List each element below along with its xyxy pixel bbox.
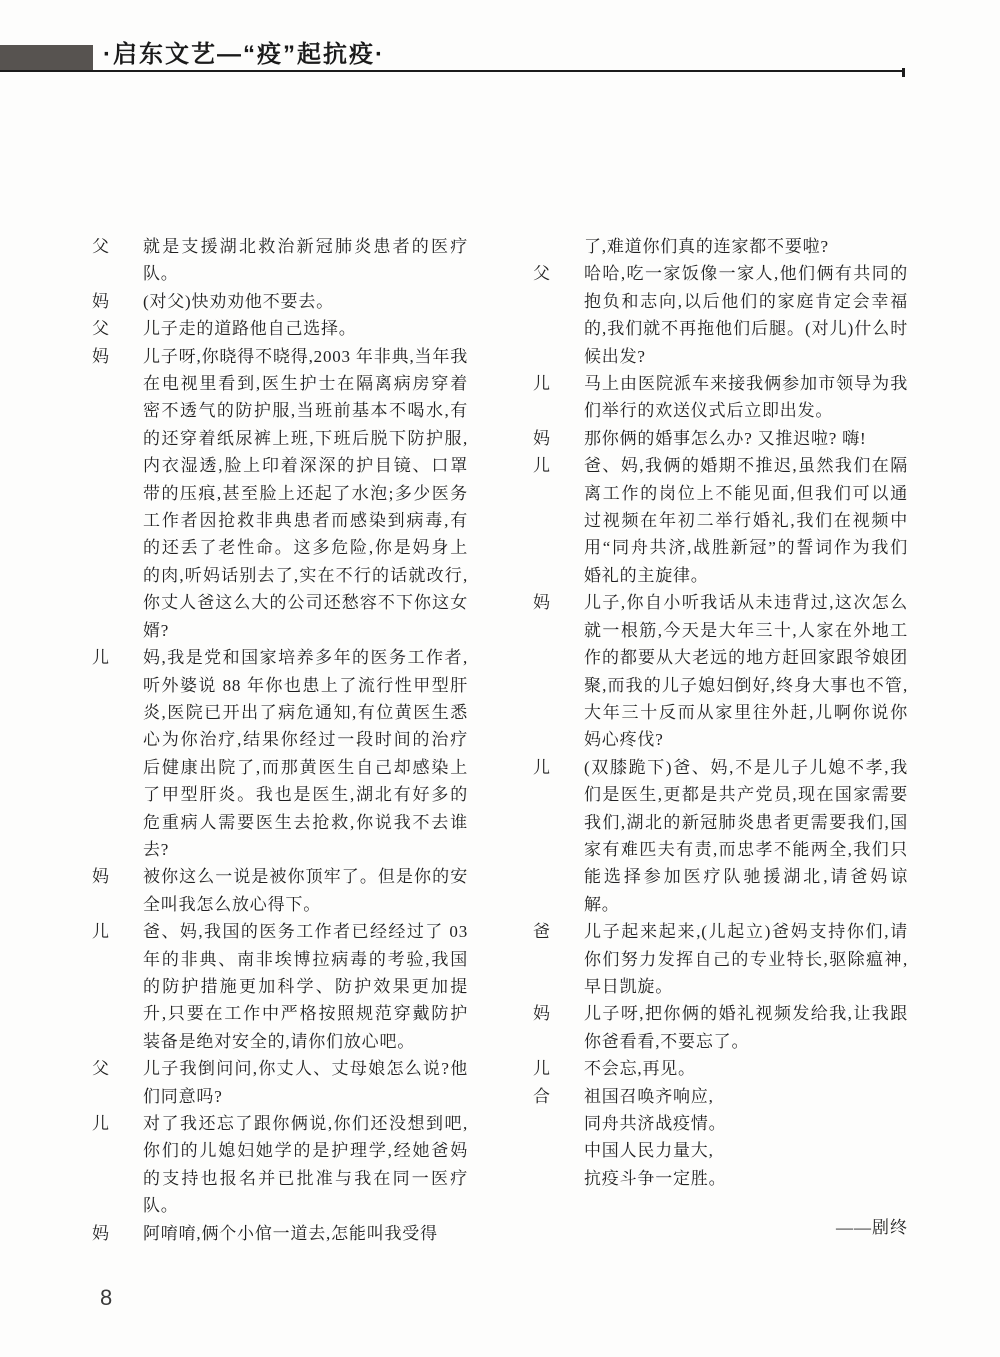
speaker-label: 儿: [533, 754, 584, 918]
dialogue-entry: 了,难道你们真的连家都不要啦?: [533, 233, 908, 260]
speech-text: 那你俩的婚事怎么办? 又推迟啦? 嗨!: [584, 425, 908, 452]
speech-text: 哈哈,吃一家饭像一家人,他们俩有共同的抱负和志向,以后他们的家庭肯定会幸福的,我…: [584, 260, 908, 370]
dialogue-entry: 妈 被你这么一说是被你顶牢了。但是你的安全叫我怎么放心得下。: [92, 863, 468, 918]
play-ending-label: ——剧终: [533, 1214, 908, 1241]
dialogue-entry: 父 儿子走的道路他自己选择。: [92, 315, 468, 342]
speaker-label: 妈: [533, 589, 584, 753]
dialogue-entry: 爸 儿子起来起来,(儿起立)爸妈支持你们,请你们努力发挥自己的专业特长,驱除瘟神…: [533, 918, 908, 1000]
dialogue-entry: 儿 对了我还忘了跟你俩说,你们还没想到吧,你们的儿媳妇她学的是护理学,经她爸妈的…: [92, 1110, 468, 1220]
header-rule: [0, 70, 905, 72]
speech-text: (对父)快劝劝他不要去。: [143, 288, 468, 315]
speech-text: 儿子呀,把你俩的婚礼视频发给我,让我跟你爸看看,不要忘了。: [584, 1000, 908, 1055]
speech-text: 爸、妈,我俩的婚期不推迟,虽然我们在隔离工作的岗位上不能见面,但我们可以通过视频…: [584, 452, 908, 589]
dialogue-entry: 儿 马上由医院派车来接我俩参加市领导为我们举行的欢送仪式后立即出发。: [533, 370, 908, 425]
speaker-label: 父: [92, 315, 143, 342]
speaker-label: 父: [92, 233, 143, 288]
speech-text: 阿唷唷,俩个小倌一道去,怎能叫我受得: [143, 1220, 468, 1247]
speaker-label: 妈: [533, 425, 584, 452]
dialogue-entry: 妈 儿子呀,你晓得不晓得,2003 年非典,当年我在电视里看到,医生护士在隔离病…: [92, 343, 468, 644]
dialogue-entry: 妈 阿唷唷,俩个小倌一道去,怎能叫我受得: [92, 1220, 468, 1247]
speech-text: 祖国召唤齐响应, 同舟共济战疫情。 中国人民力量大, 抗疫斗争一定胜。: [584, 1083, 908, 1193]
speech-text: 对了我还忘了跟你俩说,你们还没想到吧,你们的儿媳妇她学的是护理学,经她爸妈的支持…: [143, 1110, 468, 1220]
speech-text: 儿子起来起来,(儿起立)爸妈支持你们,请你们努力发挥自己的专业特长,驱除瘟神,早…: [584, 918, 908, 1000]
speaker-label: 父: [92, 1055, 143, 1110]
dialogue-entry: 儿 (双膝跪下)爸、妈,不是儿子儿媳不孝,我们是医生,更都是共产党员,现在国家需…: [533, 754, 908, 918]
left-column: 父 就是支援湖北救治新冠肺炎患者的医疗队。 妈 (对父)快劝劝他不要去。 父 儿…: [92, 233, 468, 1247]
speech-text: 儿子我倒问问,你丈人、丈母娘怎么说?他们同意吗?: [143, 1055, 468, 1110]
speaker-label: 妈: [92, 288, 143, 315]
speaker-label: 儿: [92, 1110, 143, 1220]
speech-text: 妈,我是党和国家培养多年的医务工作者,听外婆说 88 年你也患上了流行性甲型肝炎…: [143, 644, 468, 863]
speech-text: 爸、妈,我国的医务工作者已经经过了 03 年的非典、南非埃博拉病毒的考验,我国的…: [143, 918, 468, 1055]
dialogue-entry: 妈 (对父)快劝劝他不要去。: [92, 288, 468, 315]
right-column: 了,难道你们真的连家都不要啦? 父 哈哈,吃一家饭像一家人,他们俩有共同的抱负和…: [533, 233, 908, 1247]
speaker-label: 儿: [92, 644, 143, 863]
speaker-label: 儿: [533, 370, 584, 425]
speech-text: 不会忘,再见。: [584, 1055, 908, 1082]
dialogue-entry: 父 哈哈,吃一家饭像一家人,他们俩有共同的抱负和志向,以后他们的家庭肯定会幸福的…: [533, 260, 908, 370]
header-accent-block: [0, 45, 93, 71]
dialogue-entry: 妈 儿子,你自小听我话从未违背过,这次怎么就一根筋,今天是大年三十,人家在外地工…: [533, 589, 908, 753]
header-rule-tick: [902, 68, 905, 77]
dialogue-entry: 合 祖国召唤齐响应, 同舟共济战疫情。 中国人民力量大, 抗疫斗争一定胜。: [533, 1083, 908, 1193]
page-number: 8: [100, 1285, 112, 1311]
dialogue-entry: 儿 不会忘,再见。: [533, 1055, 908, 1082]
speech-text: (双膝跪下)爸、妈,不是儿子儿媳不孝,我们是医生,更都是共产党员,现在国家需要我…: [584, 754, 908, 918]
speech-text: 儿子,你自小听我话从未违背过,这次怎么就一根筋,今天是大年三十,人家在外地工作的…: [584, 589, 908, 753]
dialogue-entry: 儿 妈,我是党和国家培养多年的医务工作者,听外婆说 88 年你也患上了流行性甲型…: [92, 644, 468, 863]
speaker-label: 儿: [92, 918, 143, 1055]
dialogue-entry: 父 儿子我倒问问,你丈人、丈母娘怎么说?他们同意吗?: [92, 1055, 468, 1110]
speech-text: 儿子走的道路他自己选择。: [143, 315, 468, 342]
magazine-header-title: ·启东文艺—“疫”起抗疫·: [103, 41, 385, 69]
speaker-label: 妈: [92, 343, 143, 644]
speaker-label: 妈: [92, 863, 143, 918]
playscript-body: 父 就是支援湖北救治新冠肺炎患者的医疗队。 妈 (对父)快劝劝他不要去。 父 儿…: [92, 233, 908, 1247]
speech-text: 了,难道你们真的连家都不要啦?: [584, 233, 908, 260]
speech-text: 儿子呀,你晓得不晓得,2003 年非典,当年我在电视里看到,医生护士在隔离病房穿…: [143, 343, 468, 644]
dialogue-entry: 儿 爸、妈,我国的医务工作者已经经过了 03 年的非典、南非埃博拉病毒的考验,我…: [92, 918, 468, 1055]
speaker-label: 合: [533, 1083, 584, 1193]
speaker-label: 妈: [92, 1220, 143, 1247]
speaker-label: 父: [533, 260, 584, 370]
dialogue-entry: 儿 爸、妈,我俩的婚期不推迟,虽然我们在隔离工作的岗位上不能见面,但我们可以通过…: [533, 452, 908, 589]
dialogue-entry: 妈 儿子呀,把你俩的婚礼视频发给我,让我跟你爸看看,不要忘了。: [533, 1000, 908, 1055]
speaker-label: 爸: [533, 918, 584, 1000]
speaker-label: 儿: [533, 452, 584, 589]
speaker-label: 儿: [533, 1055, 584, 1082]
speaker-label: [533, 233, 584, 260]
dialogue-entry: 父 就是支援湖北救治新冠肺炎患者的医疗队。: [92, 233, 468, 288]
speech-text: 被你这么一说是被你顶牢了。但是你的安全叫我怎么放心得下。: [143, 863, 468, 918]
speech-text: 就是支援湖北救治新冠肺炎患者的医疗队。: [143, 233, 468, 288]
dialogue-entry: 妈 那你俩的婚事怎么办? 又推迟啦? 嗨!: [533, 425, 908, 452]
speaker-label: 妈: [533, 1000, 584, 1055]
speech-text: 马上由医院派车来接我俩参加市领导为我们举行的欢送仪式后立即出发。: [584, 370, 908, 425]
